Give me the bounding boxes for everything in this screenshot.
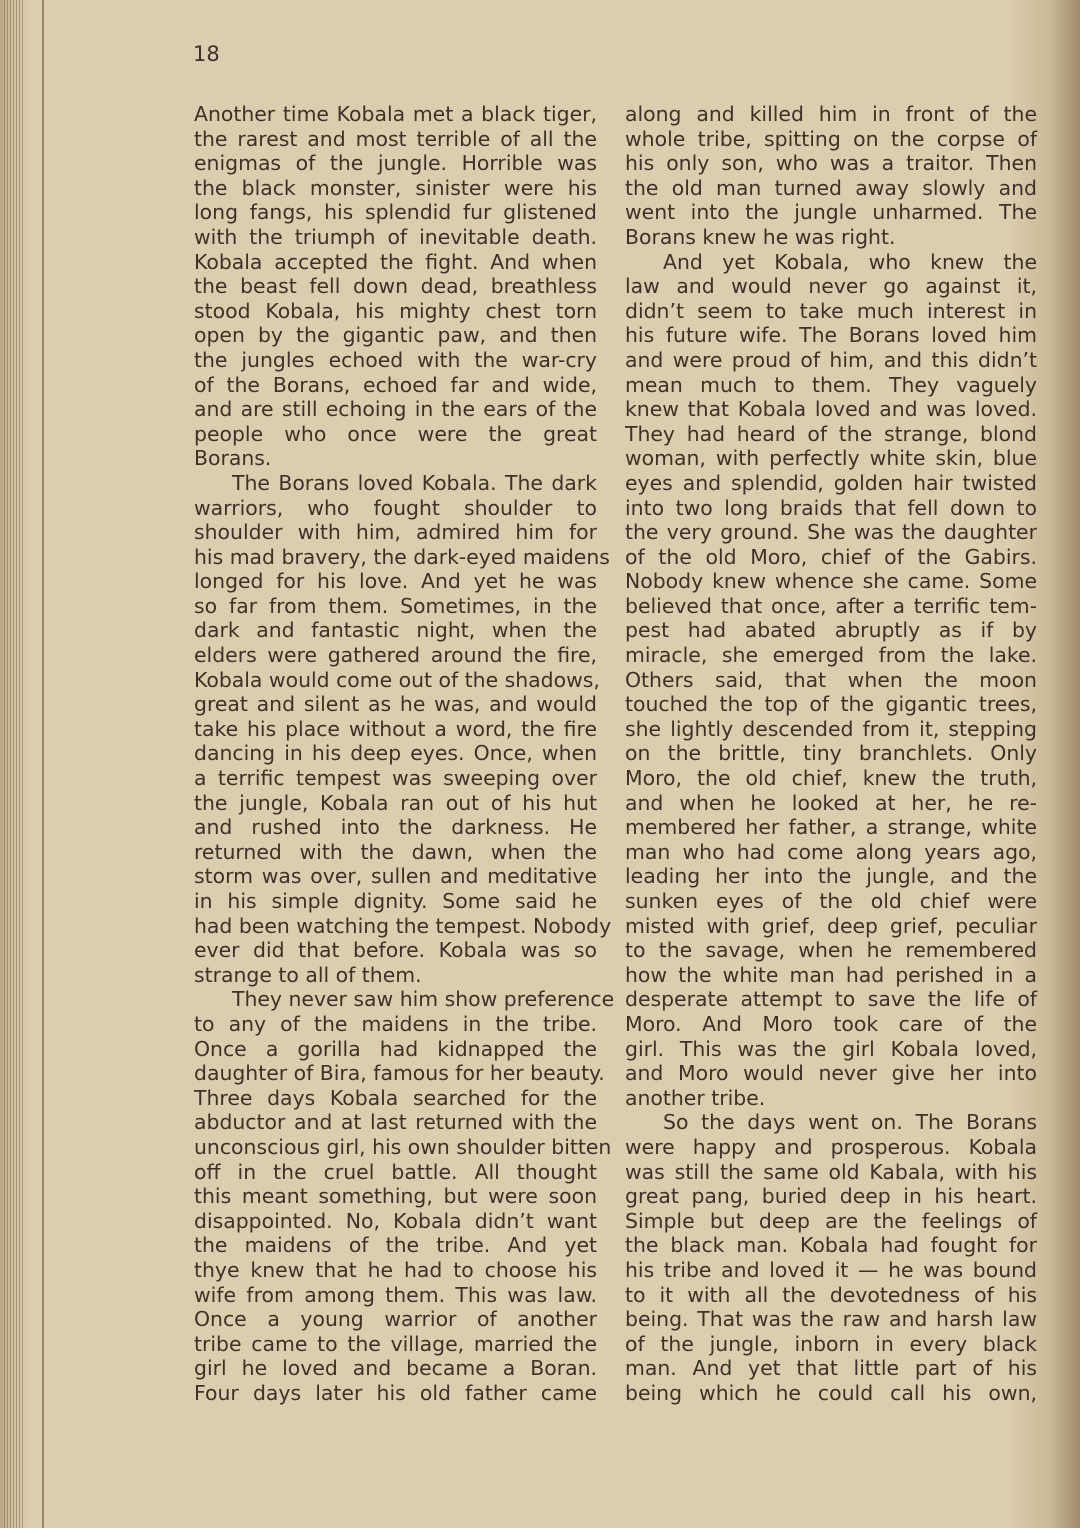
- text-line: the black monster, sinister were his: [194, 176, 597, 201]
- text-line: of the old Moro, chief of the Gabirs.: [625, 545, 1037, 570]
- text-line: longed for his love. And yet he was: [194, 569, 597, 594]
- text-line: Moro, the old chief, knew the truth,: [625, 766, 1037, 791]
- text-line: this meant something, but were soon: [194, 1184, 597, 1209]
- text-line: the old man turned away slowly and: [625, 176, 1037, 201]
- text-line: Moro. And Moro took care of the: [625, 1012, 1037, 1037]
- text-line: stood Kobala, his mighty chest torn: [194, 299, 597, 324]
- text-line: was still the same old Kabala, with his: [625, 1160, 1037, 1185]
- text-line: membered her father, a strange, white: [625, 815, 1037, 840]
- text-line: Simple but deep are the feelings of: [625, 1209, 1037, 1234]
- text-line: off in the cruel battle. All thought: [194, 1160, 597, 1185]
- text-line: shoulder with him, admired him for: [194, 520, 597, 545]
- text-line: were happy and prosperous. Kobala: [625, 1135, 1037, 1160]
- text-line: Once a gorilla had kidnapped the: [194, 1037, 597, 1062]
- text-line: So the days went on. The Borans: [625, 1110, 1037, 1135]
- text-line: leading her into the jungle, and the: [625, 864, 1037, 889]
- text-line: man. And yet that little part of his: [625, 1356, 1037, 1381]
- text-line: with the triumph of inevitable death.: [194, 225, 597, 250]
- text-line: went into the jungle unharmed. The: [625, 200, 1037, 225]
- text-line: his mad bravery, the dark-eyed maidens: [194, 545, 597, 570]
- text-line: storm was over, sullen and meditative: [194, 864, 597, 889]
- text-line: The Borans loved Kobala. The dark: [194, 471, 597, 496]
- text-line: another tribe.: [625, 1086, 1037, 1111]
- text-line: Three days Kobala searched for the: [194, 1086, 597, 1111]
- text-line: of the Borans, echoed far and wide,: [194, 373, 597, 398]
- text-line: Borans knew he was right.: [625, 225, 1037, 250]
- text-line: to any of the maidens in the tribe.: [194, 1012, 597, 1037]
- text-line: thye knew that he had to choose his: [194, 1258, 597, 1283]
- text-line: to the savage, when he remembered: [625, 938, 1037, 963]
- text-line: dancing in his deep eyes. Once, when: [194, 741, 597, 766]
- text-column-left: Another time Kobala met a black tiger,th…: [194, 102, 597, 1405]
- text-column-right: along and killed him in front of thewhol…: [625, 102, 1037, 1405]
- text-line: miracle, she emerged from the lake.: [625, 643, 1037, 668]
- text-line: on the brittle, tiny branchlets. Only: [625, 741, 1037, 766]
- text-line: didn’t seem to take much interest in: [625, 299, 1037, 324]
- text-line: law and would never go against it,: [625, 274, 1037, 299]
- text-line: Four days later his old father came: [194, 1381, 597, 1406]
- text-line: and when he looked at her, he re-: [625, 791, 1037, 816]
- text-line: elders were gathered around the fire,: [194, 643, 597, 668]
- page-number: 18: [193, 42, 220, 66]
- text-line: pest had abated abruptly as if by: [625, 618, 1037, 643]
- text-line: long fangs, his splendid fur glistened: [194, 200, 597, 225]
- text-line: girl he loved and became a Boran.: [194, 1356, 597, 1381]
- text-line: Nobody knew whence she came. Some: [625, 569, 1037, 594]
- text-line: and Moro would never give her into: [625, 1061, 1037, 1086]
- text-line: a terrific tempest was sweeping over: [194, 766, 597, 791]
- text-line: They never saw him show preference: [194, 987, 597, 1012]
- text-line: so far from them. Sometimes, in the: [194, 594, 597, 619]
- text-line: in his simple dignity. Some said he: [194, 889, 597, 914]
- text-line: the rarest and most terrible of all the: [194, 127, 597, 152]
- text-line: along and killed him in front of the: [625, 102, 1037, 127]
- text-line: the maidens of the tribe. And yet: [194, 1233, 597, 1258]
- text-line: believed that once, after a terrific tem…: [625, 594, 1037, 619]
- text-line: Another time Kobala met a black tiger,: [194, 102, 597, 127]
- text-line: girl. This was the girl Kobala loved,: [625, 1037, 1037, 1062]
- text-line: enigmas of the jungle. Horrible was: [194, 151, 597, 176]
- text-line: dark and fantastic night, when the: [194, 618, 597, 643]
- text-line: touched the top of the gigantic trees,: [625, 692, 1037, 717]
- book-spine-edge: [42, 0, 44, 1528]
- text-line: knew that Kobala loved and was loved.: [625, 397, 1037, 422]
- text-line: abductor and at last returned with the: [194, 1110, 597, 1135]
- text-line: being. That was the raw and harsh law: [625, 1307, 1037, 1332]
- text-line: Others said, that when the moon: [625, 668, 1037, 693]
- text-line: warriors, who fought shoulder to: [194, 496, 597, 521]
- text-line: she lightly descended from it, stepping: [625, 717, 1037, 742]
- text-line: had been watching the tempest. Nobody: [194, 914, 597, 939]
- text-line: mean much to them. They vaguely: [625, 373, 1037, 398]
- text-line: the very ground. She was the daughter: [625, 520, 1037, 545]
- text-line: open by the gigantic paw, and then: [194, 323, 597, 348]
- text-line: Once a young warrior of another: [194, 1307, 597, 1332]
- text-line: people who once were the great: [194, 422, 597, 447]
- text-line: unconscious girl, his own shoulder bitte…: [194, 1135, 597, 1160]
- text-line: of the jungle, inborn in every black: [625, 1332, 1037, 1357]
- text-line: strange to all of them.: [194, 963, 597, 988]
- text-line: disappointed. No, Kobala didn’t want: [194, 1209, 597, 1234]
- text-line: And yet Kobala, who knew the: [625, 250, 1037, 275]
- text-line: Kobala accepted the fight. And when: [194, 250, 597, 275]
- text-line: and are still echoing in the ears of the: [194, 397, 597, 422]
- text-line: how the white man had perished in a: [625, 963, 1037, 988]
- text-line: into two long braids that fell down to: [625, 496, 1037, 521]
- text-line: his future wife. The Borans loved him: [625, 323, 1037, 348]
- text-line: They had heard of the strange, blond: [625, 422, 1037, 447]
- text-line: great and silent as he was, and would: [194, 692, 597, 717]
- text-line: the beast fell down dead, breathless: [194, 274, 597, 299]
- book-page: 18 Another time Kobala met a black tiger…: [0, 0, 1080, 1528]
- text-line: Kobala would come out of the shadows,: [194, 668, 597, 693]
- page-stack-edge: [4, 0, 24, 1528]
- text-line: sunken eyes of the old chief were: [625, 889, 1037, 914]
- text-line: his only son, who was a traitor. Then: [625, 151, 1037, 176]
- text-line: daughter of Bira, famous for her beauty.: [194, 1061, 597, 1086]
- text-line: the black man. Kobala had fought for: [625, 1233, 1037, 1258]
- text-line: the jungles echoed with the war-cry: [194, 348, 597, 373]
- text-line: his tribe and loved it — he was bound: [625, 1258, 1037, 1283]
- text-line: returned with the dawn, when the: [194, 840, 597, 865]
- text-line: misted with grief, deep grief, peculiar: [625, 914, 1037, 939]
- text-line: ever did that before. Kobala was so: [194, 938, 597, 963]
- text-line: and were proud of him, and this didn’t: [625, 348, 1037, 373]
- text-line: Borans.: [194, 446, 597, 471]
- text-line: eyes and splendid, golden hair twisted: [625, 471, 1037, 496]
- text-line: woman, with perfectly white skin, blue: [625, 446, 1037, 471]
- text-line: great pang, buried deep in his heart.: [625, 1184, 1037, 1209]
- text-line: and rushed into the darkness. He: [194, 815, 597, 840]
- text-line: being which he could call his own,: [625, 1381, 1037, 1406]
- text-line: whole tribe, spitting on the corpse of: [625, 127, 1037, 152]
- text-line: take his place without a word, the fire: [194, 717, 597, 742]
- text-line: the jungle, Kobala ran out of his hut: [194, 791, 597, 816]
- text-line: man who had come along years ago,: [625, 840, 1037, 865]
- text-line: tribe came to the village, married the: [194, 1332, 597, 1357]
- text-line: desperate attempt to save the life of: [625, 987, 1037, 1012]
- text-line: to it with all the devotedness of his: [625, 1283, 1037, 1308]
- text-line: wife from among them. This was law.: [194, 1283, 597, 1308]
